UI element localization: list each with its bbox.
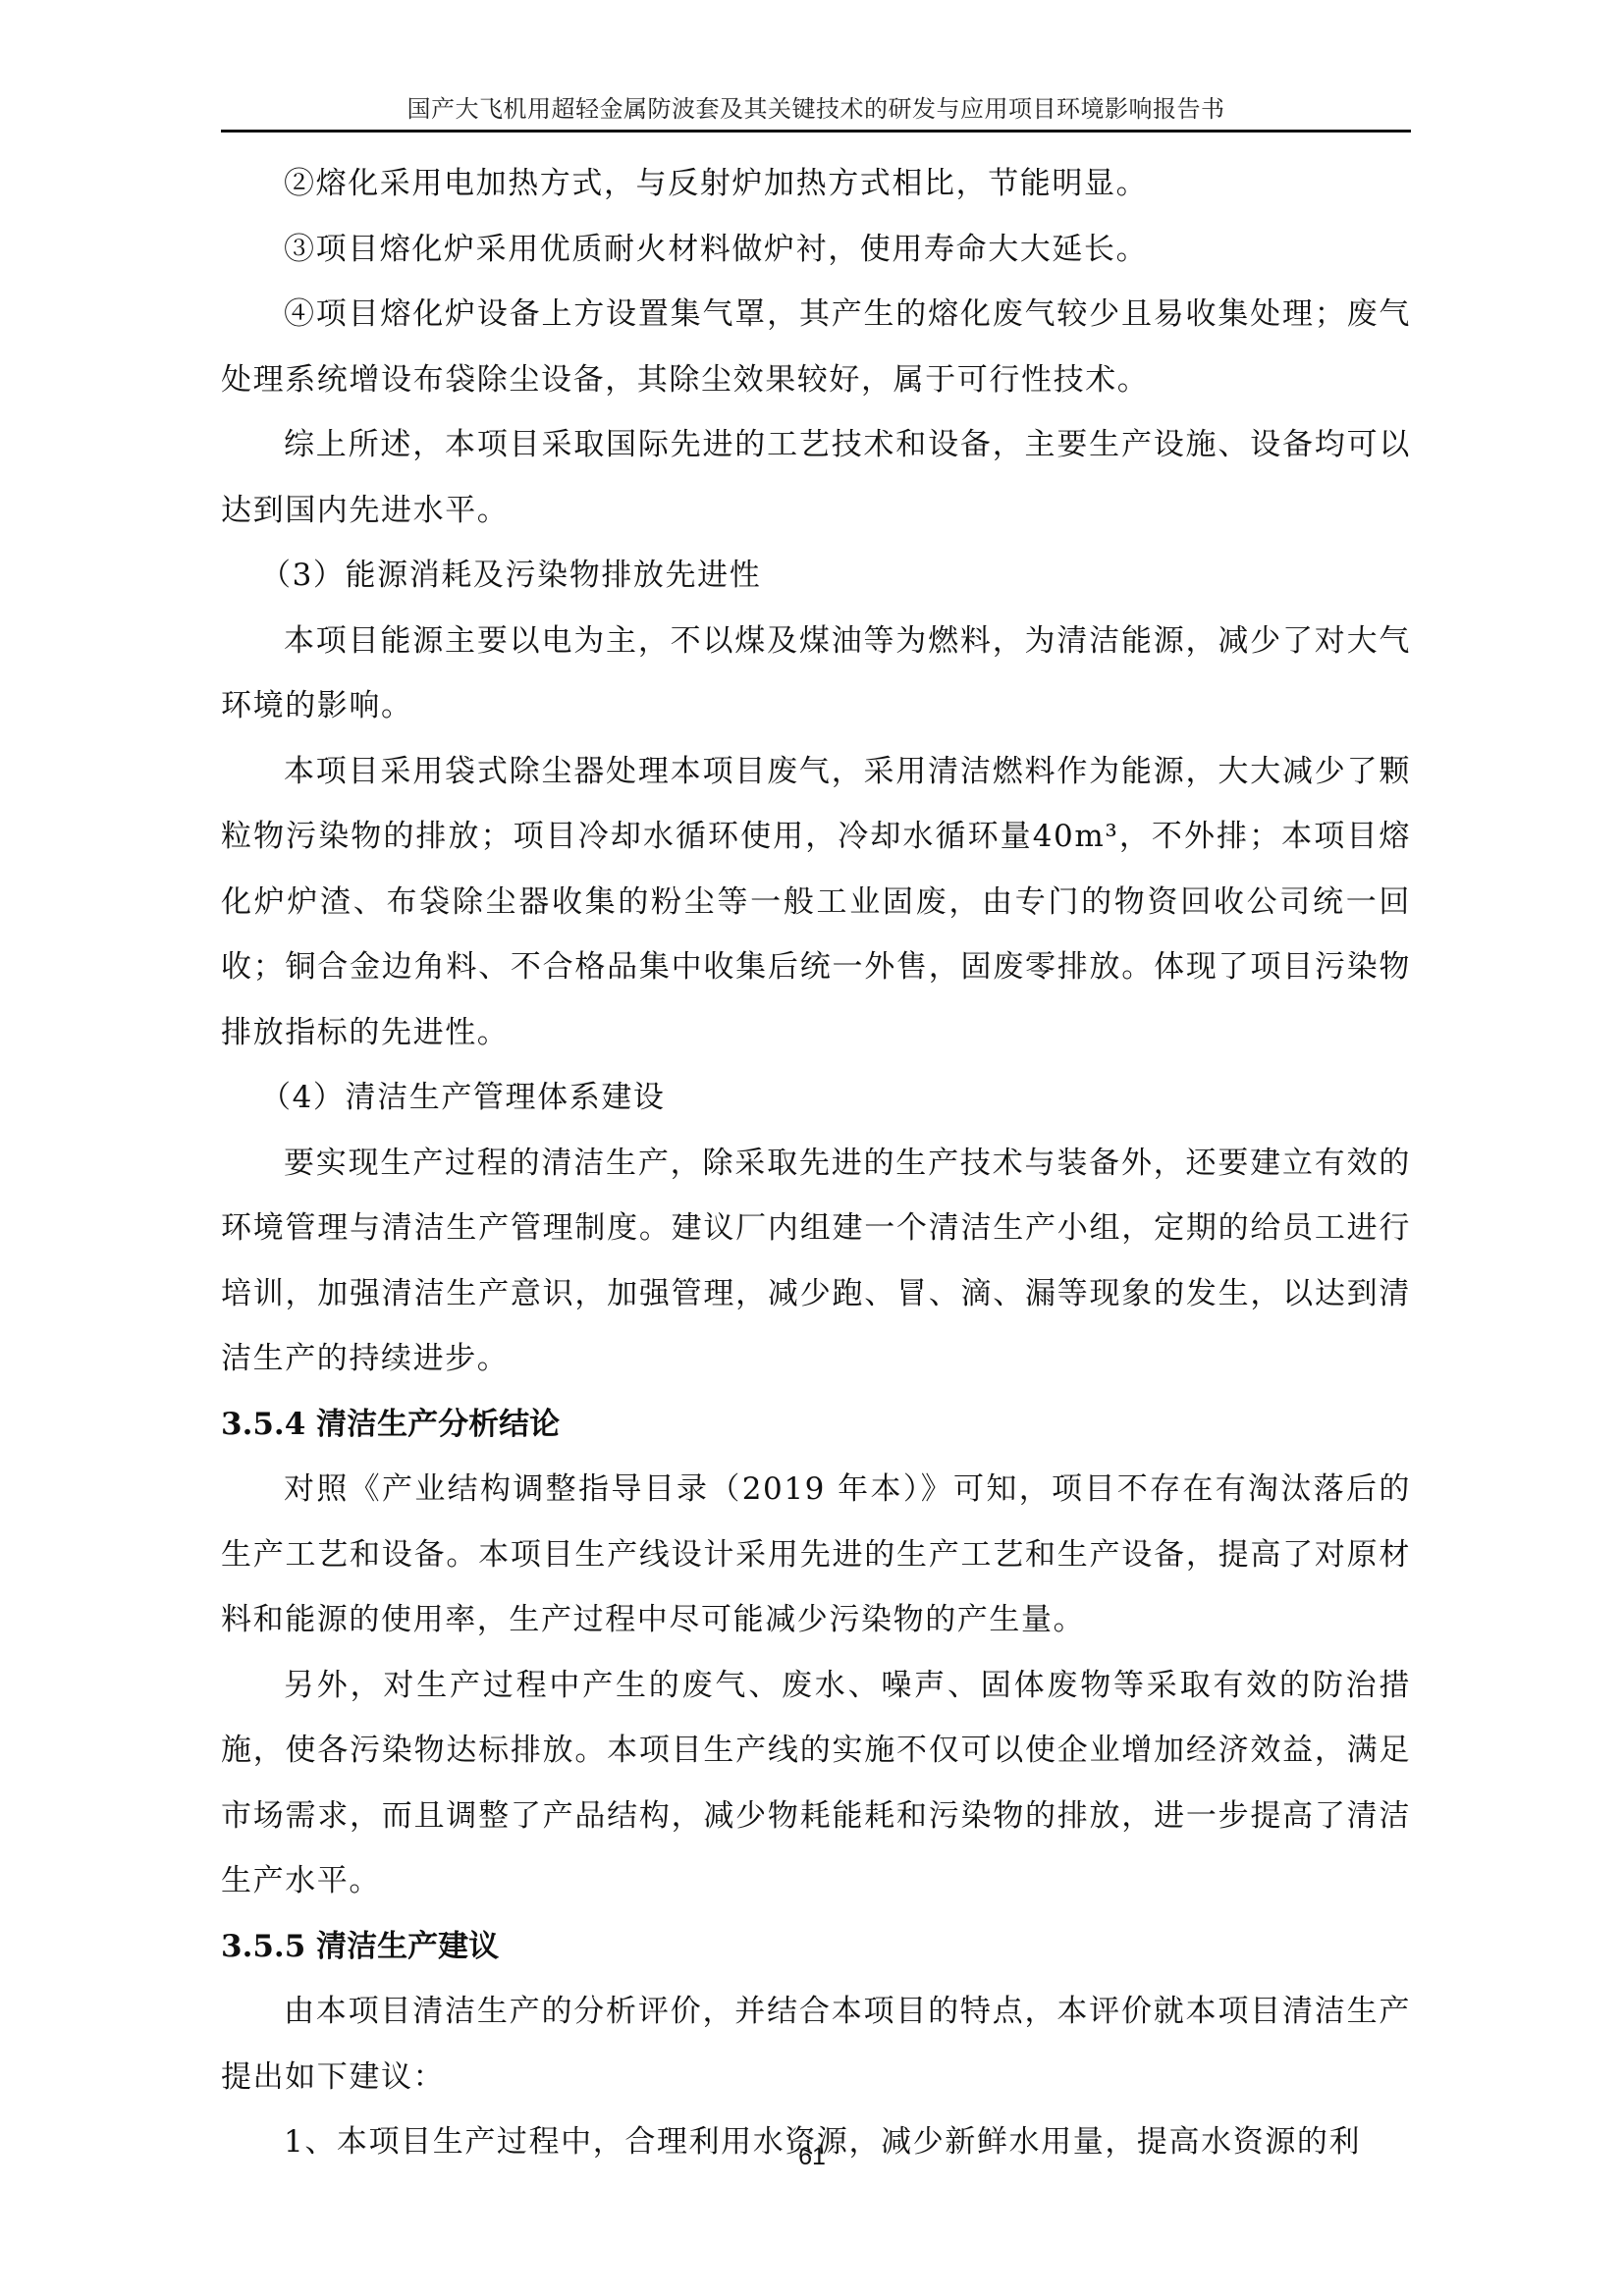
document-body: ②熔化采用电加热方式，与反射炉加热方式相比，节能明显。 ③项目熔化炉采用优质耐火… <box>221 151 1411 2175</box>
running-header: 国产大飞机用超轻金属防波套及其关键技术的研发与应用项目环境影响报告书 <box>221 94 1411 124</box>
paragraph-gas-collection: ④项目熔化炉设备上方设置集气罩，其产生的熔化废气较少且易收集处理；废气处理系统增… <box>221 282 1411 412</box>
paragraph-suggestions-intro: 由本项目清洁生产的分析评价，并结合本项目的特点，本评价就本项目清洁生产提出如下建… <box>221 1979 1411 2109</box>
paragraph-industry-catalog: 对照《产业结构调整指导目录（2019 年本）》可知，项目不存在有淘汰落后的生产工… <box>221 1457 1411 1653</box>
paragraph-emission-control: 本项目采用袋式除尘器处理本项目废气，采用清洁燃料作为能源，大大减少了颗粒物污染物… <box>221 739 1411 1066</box>
header-divider <box>221 130 1411 133</box>
page-number: 61 <box>0 2143 1624 2171</box>
subheading-management-system: （4）清洁生产管理体系建设 <box>221 1065 1411 1131</box>
section-heading-3-5-4: 3.5.4 清洁生产分析结论 <box>221 1392 1411 1458</box>
paragraph-summary-advanced: 综上所述，本项目采取国际先进的工艺技术和设备，主要生产设施、设备均可以达到国内先… <box>221 412 1411 543</box>
paragraph-energy-source: 本项目能源主要以电为主，不以煤及煤油等为燃料，为清洁能源，减少了对大气环境的影响… <box>221 609 1411 739</box>
subheading-energy-emission: （3）能源消耗及污染物排放先进性 <box>221 543 1411 609</box>
paragraph-pollution-prevention: 另外，对生产过程中产生的废气、废水、噪声、固体废物等采取有效的防治措施，使各污染… <box>221 1653 1411 1914</box>
section-heading-3-5-5: 3.5.5 清洁生产建议 <box>221 1914 1411 1980</box>
paragraph-management: 要实现生产过程的清洁生产，除采取先进的生产技术与装备外，还要建立有效的环境管理与… <box>221 1131 1411 1392</box>
paragraph-melting-electric: ②熔化采用电加热方式，与反射炉加热方式相比，节能明显。 <box>221 151 1411 217</box>
paragraph-furnace-lining: ③项目熔化炉采用优质耐火材料做炉衬，使用寿命大大延长。 <box>221 217 1411 283</box>
